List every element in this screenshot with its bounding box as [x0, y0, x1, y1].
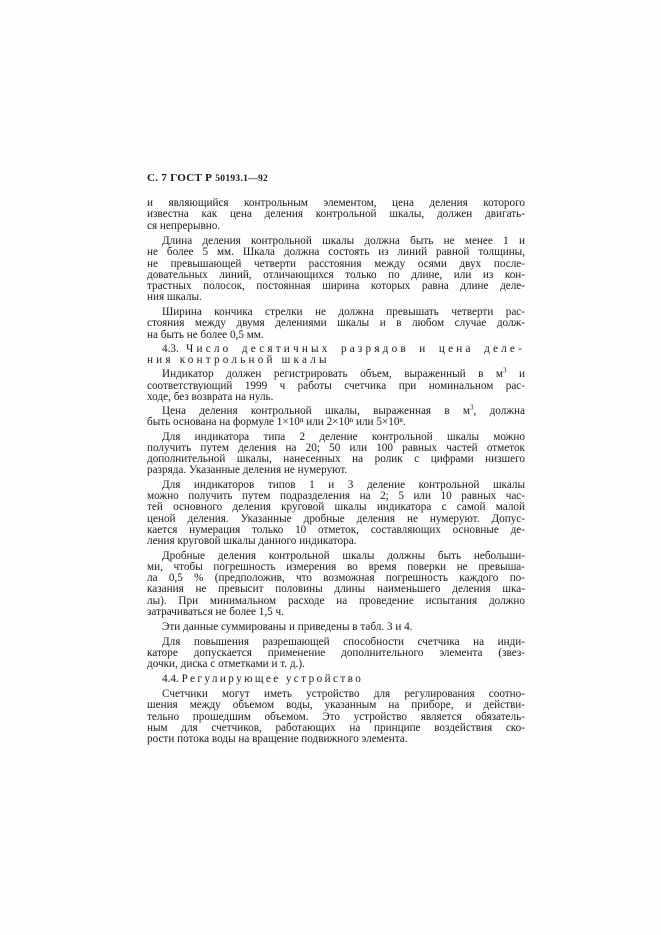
section-number: 4.4. [162, 673, 179, 685]
section-title: Регулирующее устройство [182, 673, 364, 685]
text-line: не более 5 мм. Шкала должна состоять из … [147, 246, 525, 258]
text-line: казания не превысит половины длины наиме… [147, 583, 525, 595]
document-page: С. 7 ГОСТ Р 50193.1—92 и являющийся конт… [0, 0, 661, 935]
text-line: тей основного деления круговой шкалы инд… [147, 501, 525, 513]
text-line: разряда. Указанные деления не нумеруют. [147, 464, 525, 476]
text-line: на быть не более 0,5 мм. [147, 329, 525, 341]
page-header: С. 7 ГОСТ Р 50193.1—92 [147, 172, 268, 184]
text-line: ления круговой шкалы данного индикатора. [147, 535, 525, 547]
text-line: затрачиваться не более 1,5 ч. [147, 606, 525, 618]
text-line: рости потока воды на вращение подвижного… [147, 733, 525, 745]
text-line: ходе, без возврата на нуль. [147, 391, 525, 403]
text-line: известна как цена деления контрольной шк… [147, 208, 525, 220]
text-line: Индикатор должен регистрировать объем, в… [162, 368, 525, 380]
text-line: шения между объемом воды, указанным на п… [147, 699, 525, 711]
text-line: стояния между двумя делениями шкалы и в … [147, 317, 525, 329]
text-line: ния шкалы. [147, 291, 525, 303]
text-line: дочки, диска с отметками и т. д.). [147, 658, 525, 670]
text-line: Эти данные суммированы и приведены в таб… [162, 621, 525, 633]
section-heading-4-4: 4.4. Регулирующее устройство [162, 673, 525, 685]
standard-number: 50193.1—92 [215, 174, 268, 184]
header-prefix: С. 7 ГОСТ Р [147, 172, 212, 184]
formula-line: быть основана на формуле 1×10ⁿ или 2×10ⁿ… [147, 416, 525, 428]
text-line: ся непрерывно. [147, 220, 525, 232]
section-title-cont: ния контрольной шкалы [147, 354, 525, 366]
